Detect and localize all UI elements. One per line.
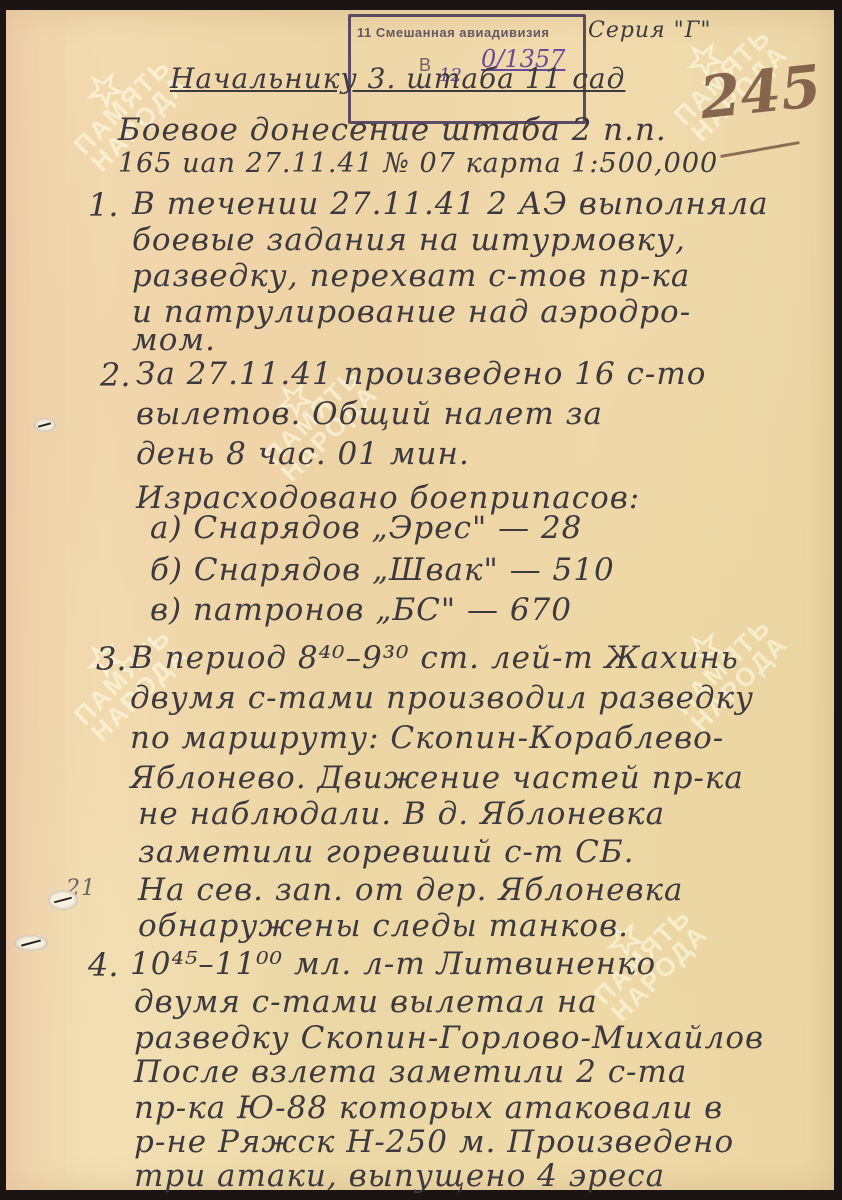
section-line: вылетов. Общий налет за <box>136 396 603 432</box>
section-line: разведку, перехват с-тов пр-ка <box>132 258 690 294</box>
addressee: Начальнику 3. штаба 11 сад <box>170 62 625 95</box>
binding-hole <box>48 890 78 910</box>
section-line: обнаружены следы танков. <box>138 908 629 944</box>
section-line: За 27.11.41 произведено 16 с-то <box>136 356 706 392</box>
ammo-item: в) патронов „БС" — 670 <box>150 592 572 628</box>
section-line: Яблонево. Движение частей пр-ка <box>130 760 744 796</box>
section-line: двумя с-тами вылетал на <box>134 984 598 1020</box>
section-marker: 4. <box>88 946 119 984</box>
section-line: После взлета заметили 2 с-та <box>134 1054 687 1090</box>
section-line: На сев. зап. от дер. Яблоневка <box>138 872 684 908</box>
section-line: три атаки, выпущено 4 эреса <box>134 1158 665 1194</box>
binding-hole <box>34 418 56 432</box>
stamp-unit-name: 11 Смешанная авиадивизия <box>357 25 550 40</box>
report-subtitle: 165 иап 27.11.41 № 07 карта 1:500,000 <box>118 148 718 179</box>
section-line: мом. <box>132 322 216 358</box>
section-line: двумя с-тами производил разведку <box>130 680 754 716</box>
ammo-item: б) Снарядов „Швак" — 510 <box>150 552 615 588</box>
section-line: не наблюдали. В д. Яблоневка <box>138 796 665 832</box>
paper-margin-stain <box>6 10 66 1190</box>
section-line: пр-ка Ю-88 которых атаковали в <box>134 1090 723 1126</box>
report-title: Боевое донесение штаба 2 п.п. <box>118 112 667 148</box>
section-marker: 3. <box>96 640 127 678</box>
ammo-item: а) Снарядов „Эрес" — 28 <box>150 510 582 546</box>
section-line: разведку Скопин-Горлово-Михайлов <box>134 1020 764 1056</box>
section-line: по маршруту: Скопин-Кораблево- <box>130 720 724 756</box>
section-line: р-не Ряжск Н-250 м. Произведено <box>134 1124 734 1160</box>
section-line: 10⁴⁵–11⁰⁰ мл. л-т Литвиненко <box>130 946 656 982</box>
section-line: В период 8⁴⁰–9³⁰ ст. лей-т Жахинь <box>130 640 739 676</box>
section-marker: 1. <box>88 186 119 224</box>
archive-page-number: 245 <box>697 52 825 132</box>
section-marker: 2. <box>100 356 131 394</box>
section-line: В течении 27.11.41 2 АЭ выполняла <box>132 186 769 222</box>
section-line: боевые задания на штурмовку, <box>132 222 686 258</box>
series-note: Серия "Г" <box>588 18 711 43</box>
torn-top-edge <box>6 0 834 14</box>
section-line: день 8 час. 01 мин. <box>136 436 470 472</box>
binding-hole <box>14 935 48 951</box>
section-line: заметили горевший с-т СБ. <box>138 834 635 870</box>
